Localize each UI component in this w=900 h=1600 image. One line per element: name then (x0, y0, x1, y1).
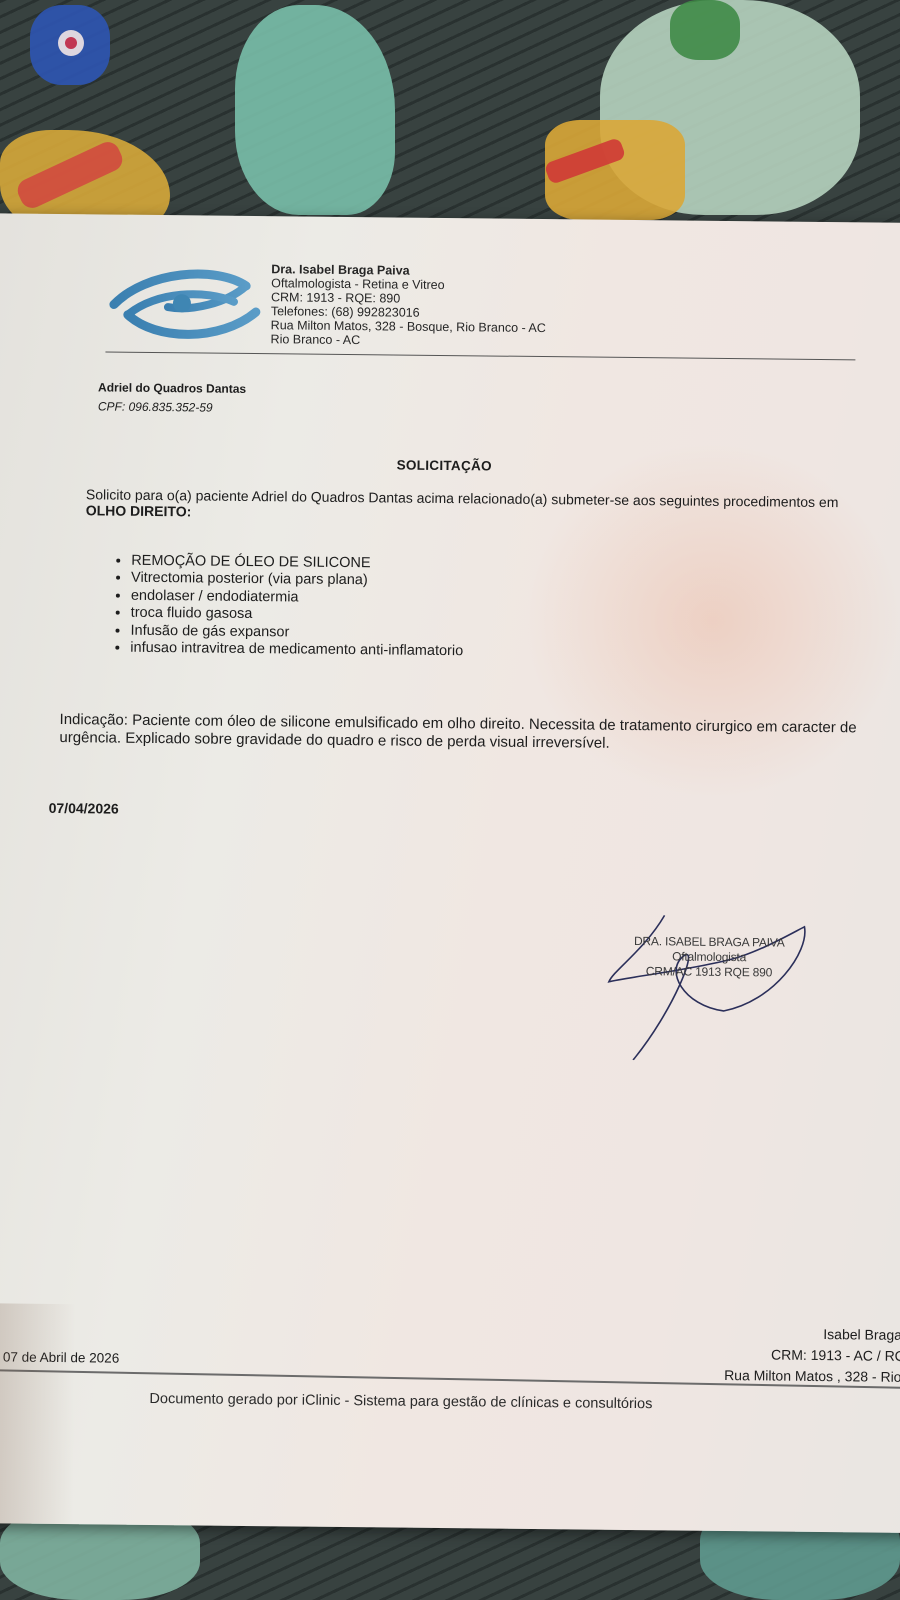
green-shape (670, 0, 740, 60)
doctor-stamp: DRA. ISABEL BRAGA PAIVA Oftalmologista C… (619, 934, 799, 981)
stamp-name: DRA. ISABEL BRAGA PAIVA (619, 934, 799, 951)
request-intro: Solicito para o(a) paciente Adriel do Qu… (86, 486, 866, 526)
doctor-header: Dra. Isabel Braga Paiva Oftalmologista -… (271, 262, 547, 349)
request-eye: OLHO DIREITO: (86, 502, 192, 519)
flower-center (58, 30, 84, 56)
patient-info: Adriel do Quadros Dantas CPF: 096.835.35… (98, 378, 246, 418)
footer-text: Documento gerado por iClinic - Sistema p… (149, 1391, 652, 1412)
signature-date: 07 de Abril de 2026 (3, 1349, 120, 1365)
signature-block: Isabel Braga P CRM: 1913 - AC / RQE Rua … (485, 1320, 900, 1387)
signature-icon (603, 910, 815, 1062)
patient-name: Adriel do Quadros Dantas (98, 378, 246, 399)
document-date: 07/04/2026 (49, 800, 119, 817)
header-divider (105, 351, 855, 360)
leaf-pattern (235, 5, 395, 215)
eye-logo-icon (106, 262, 262, 344)
doctor-city: Rio Branco - AC (271, 332, 546, 349)
document-paper: Dra. Isabel Braga Paiva Oftalmologista -… (0, 213, 900, 1533)
patient-cpf: CPF: 096.835.352-59 (98, 397, 246, 418)
indication-text: Indicação: Paciente com óleo de silicone… (59, 711, 889, 756)
request-intro-text: Solicito para o(a) paciente Adriel do Qu… (86, 486, 839, 510)
procedure-list: REMOÇÃO DE ÓLEO DE SILICONE Vitrectomia … (112, 553, 464, 661)
document-title: SOLICITAÇÃO (0, 453, 900, 478)
stamp-registration: CRM/AC 1913 RQE 890 (619, 964, 799, 981)
procedure-item: infusao intravitrea de medicamento anti-… (130, 640, 463, 661)
